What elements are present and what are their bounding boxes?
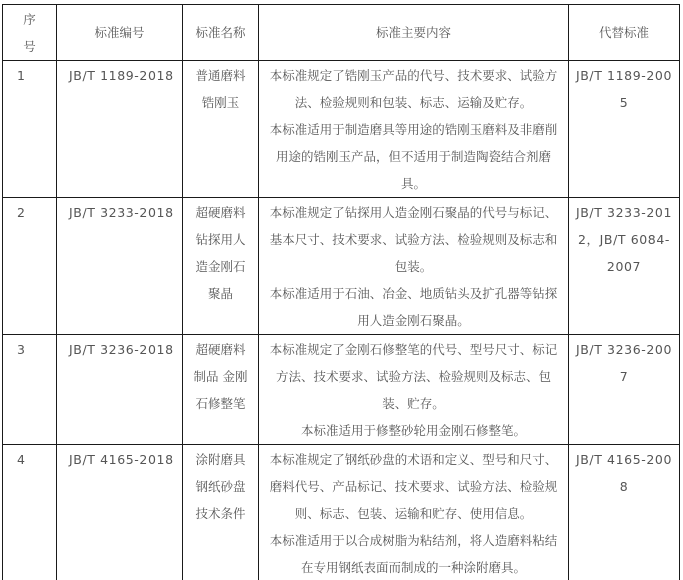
- name-line: 制品 金刚: [189, 363, 252, 390]
- cell-name: 普通磨料 锆刚玉: [183, 61, 259, 198]
- name-line: 石修整笔: [189, 390, 252, 417]
- cell-code: JB/T 3236-2018: [57, 335, 183, 445]
- header-seq-line: 序: [23, 12, 36, 27]
- name-line: 造金刚石: [189, 253, 252, 280]
- standards-table: 序 号 标准编号 标准名称 标准主要内容 代替标准 1 JB/T 1189-20…: [2, 4, 680, 580]
- content-paragraph: 本标准适用于修整砂轮用金刚石修整笔。: [265, 417, 562, 444]
- content-paragraph: 本标准规定了金刚石修整笔的代号、型号尺寸、标记方法、技术要求、试验方法、检验规则…: [265, 336, 562, 417]
- replaces-line: 7: [573, 363, 675, 390]
- name-line: 超硬磨料: [189, 336, 252, 363]
- cell-content: 本标准规定了钻探用人造金刚石聚晶的代号与标记、基本尺寸、技术要求、试验方法、检验…: [259, 198, 569, 335]
- table-row: 4 JB/T 4165-2018 涂附磨具 钢纸砂盘 技术条件 本标准规定了钢纸…: [3, 445, 680, 580]
- cell-code: JB/T 1189-2018: [57, 61, 183, 198]
- header-seq-line: 号: [23, 39, 36, 54]
- table-row: 3 JB/T 3236-2018 超硬磨料 制品 金刚 石修整笔 本标准规定了金…: [3, 335, 680, 445]
- header-seq: 序 号: [3, 5, 57, 61]
- replaces-line: JB/T 3236-200: [573, 336, 675, 363]
- name-line: 普通磨料: [189, 62, 252, 89]
- content-paragraph: 本标准适用于石油、冶金、地质钻头及扩孔器等钻探用人造金刚石聚晶。: [265, 280, 562, 334]
- cell-seq: 2: [3, 198, 57, 335]
- cell-seq: 3: [3, 335, 57, 445]
- header-content: 标准主要内容: [259, 5, 569, 61]
- name-line: 钻探用人: [189, 226, 252, 253]
- header-name: 标准名称: [183, 5, 259, 61]
- content-paragraph: 本标准规定了锆刚玉产品的代号、技术要求、试验方法、检验规则和包装、标志、运输及贮…: [265, 62, 562, 116]
- name-line: 钢纸砂盘: [189, 473, 252, 500]
- replaces-line: JB/T 4165-200: [573, 446, 675, 473]
- table-row: 2 JB/T 3233-2018 超硬磨料 钻探用人 造金刚石 聚晶 本标准规定…: [3, 198, 680, 335]
- content-paragraph: 本标准适用于以合成树脂为粘结剂，将人造磨料粘结在专用钢纸表面而制成的一种涂附磨具…: [265, 527, 562, 580]
- replaces-line: JB/T 3233-201: [573, 199, 675, 226]
- name-line: 技术条件: [189, 500, 252, 527]
- cell-replaces: JB/T 4165-200 8: [569, 445, 680, 580]
- replaces-line: 8: [573, 473, 675, 500]
- replaces-line: JB/T 1189-200: [573, 62, 675, 89]
- cell-name: 超硬磨料 制品 金刚 石修整笔: [183, 335, 259, 445]
- table-row: 1 JB/T 1189-2018 普通磨料 锆刚玉 本标准规定了锆刚玉产品的代号…: [3, 61, 680, 198]
- name-line: 涂附磨具: [189, 446, 252, 473]
- cell-content: 本标准规定了钢纸砂盘的术语和定义、型号和尺寸、磨料代号、产品标记、技术要求、试验…: [259, 445, 569, 580]
- header-code: 标准编号: [57, 5, 183, 61]
- cell-name: 涂附磨具 钢纸砂盘 技术条件: [183, 445, 259, 580]
- cell-code: JB/T 4165-2018: [57, 445, 183, 580]
- cell-content: 本标准规定了金刚石修整笔的代号、型号尺寸、标记方法、技术要求、试验方法、检验规则…: [259, 335, 569, 445]
- cell-replaces: JB/T 1189-200 5: [569, 61, 680, 198]
- replaces-line: 5: [573, 89, 675, 116]
- replaces-line: 2007: [573, 253, 675, 280]
- cell-code: JB/T 3233-2018: [57, 198, 183, 335]
- name-line: 超硬磨料: [189, 199, 252, 226]
- cell-seq: 4: [3, 445, 57, 580]
- name-line: 聚晶: [189, 280, 252, 307]
- cell-name: 超硬磨料 钻探用人 造金刚石 聚晶: [183, 198, 259, 335]
- replaces-line: 2，JB/T 6084-: [573, 226, 675, 253]
- cell-seq: 1: [3, 61, 57, 198]
- content-paragraph: 本标准规定了钢纸砂盘的术语和定义、型号和尺寸、磨料代号、产品标记、技术要求、试验…: [265, 446, 562, 527]
- content-paragraph: 本标准适用于制造磨具等用途的锆刚玉磨料及非磨削用途的锆刚玉产品，但不适用于制造陶…: [265, 116, 562, 197]
- name-line: 锆刚玉: [189, 89, 252, 116]
- table-header-row: 序 号 标准编号 标准名称 标准主要内容 代替标准: [3, 5, 680, 61]
- header-replaces: 代替标准: [569, 5, 680, 61]
- cell-replaces: JB/T 3236-200 7: [569, 335, 680, 445]
- content-paragraph: 本标准规定了钻探用人造金刚石聚晶的代号与标记、基本尺寸、技术要求、试验方法、检验…: [265, 199, 562, 280]
- cell-content: 本标准规定了锆刚玉产品的代号、技术要求、试验方法、检验规则和包装、标志、运输及贮…: [259, 61, 569, 198]
- cell-replaces: JB/T 3233-201 2，JB/T 6084- 2007: [569, 198, 680, 335]
